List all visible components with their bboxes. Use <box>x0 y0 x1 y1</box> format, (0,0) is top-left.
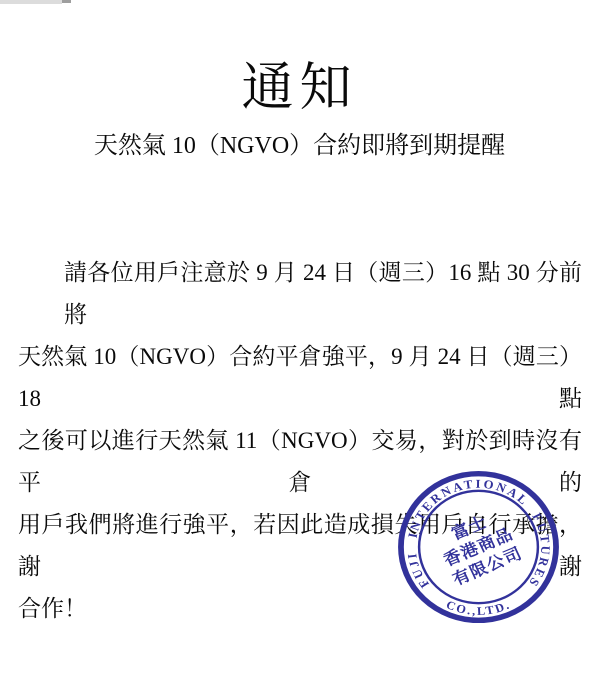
seal-center-text-group: 富士 香港商品 有限公司 <box>431 504 525 589</box>
body-line: 請各位用戶注意於 9 月 24 日（週三）16 點 30 分前將 <box>18 252 582 336</box>
notice-page: { "page": { "background": "#ffffff", "te… <box>0 0 599 678</box>
notice-title: 通知 <box>0 60 599 118</box>
company-seal: FUJI INTERNATIONAL FUTURES CO.,LTD. 富士 香… <box>396 469 561 625</box>
screenshot-edge-artifact-dot <box>62 0 71 3</box>
body-line: 天然氣 10（NGVO）合約平倉強平，9 月 24 日（週三）18 點 <box>18 336 582 420</box>
notice-subtitle: 天然氣 10（NGVO）合約即將到期提醒 <box>0 131 599 161</box>
company-seal-graphic: FUJI INTERNATIONAL FUTURES CO.,LTD. 富士 香… <box>396 469 561 625</box>
screenshot-edge-artifact <box>0 0 62 4</box>
